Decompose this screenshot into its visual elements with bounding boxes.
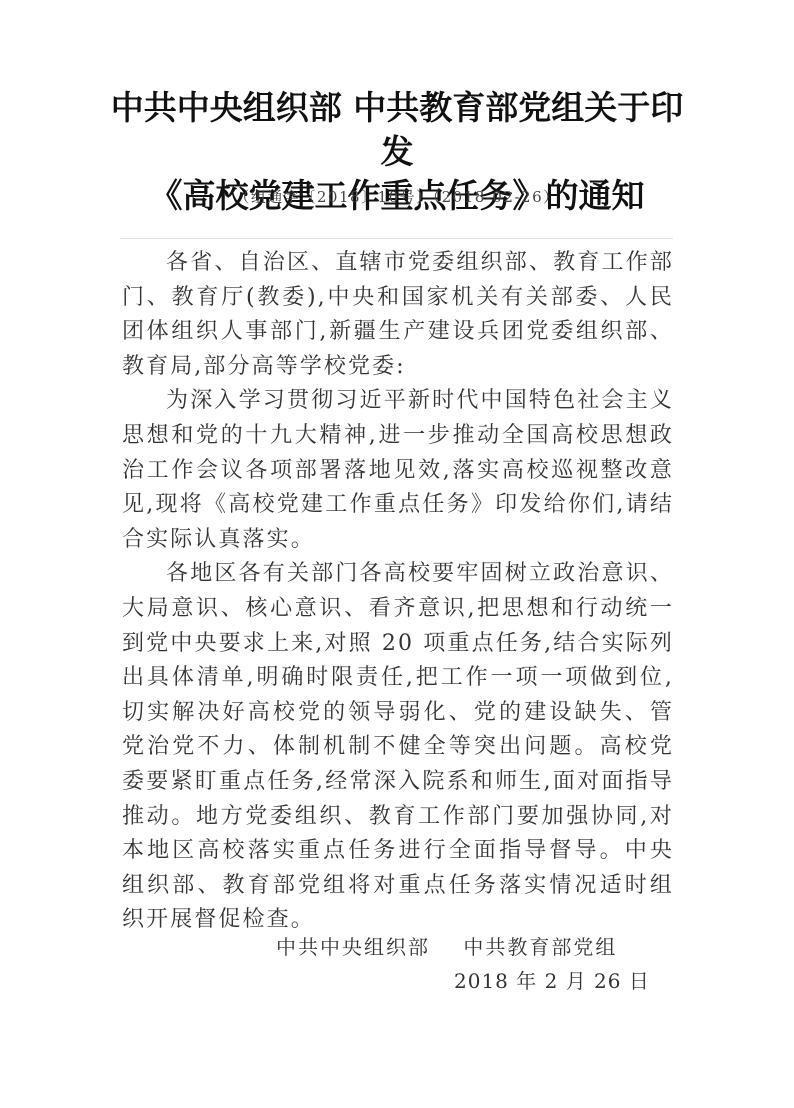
salutation-paragraph: 各省、自治区、直辖市党委组织部、教育工作部门、教育厅(教委),中央和国家机关有关… <box>122 246 674 384</box>
header-divider <box>120 238 673 239</box>
issuing-organizations: 中共中央组织部 中共教育部党组 <box>276 930 650 964</box>
body-paragraph-1: 为深入学习贯彻习近平新时代中国特色社会主义思想和党的十九大精神,进一步推动全国高… <box>122 384 674 557</box>
document-body: 各省、自治区、直辖市党委组织部、教育工作部门、教育厅(教委),中央和国家机关有关… <box>122 246 674 938</box>
signature-block: 中共中央组织部 中共教育部党组 2018 年 2 月 26 日 <box>276 930 650 998</box>
document-number-and-date: （组通字〔2018〕10号）（2018-02-26） <box>100 186 694 208</box>
document-page: 中共中央组织部 中共教育部党组关于印发 《高校党建工作重点任务》的通知 （组通字… <box>0 0 794 1108</box>
title-line-1: 中共中央组织部 中共教育部党组关于印发 <box>100 86 694 174</box>
signature-date: 2018 年 2 月 26 日 <box>276 964 650 998</box>
body-paragraph-2: 各地区各有关部门各高校要牢固树立政治意识、大局意识、核心意识、看齐意识,把思想和… <box>122 557 674 938</box>
